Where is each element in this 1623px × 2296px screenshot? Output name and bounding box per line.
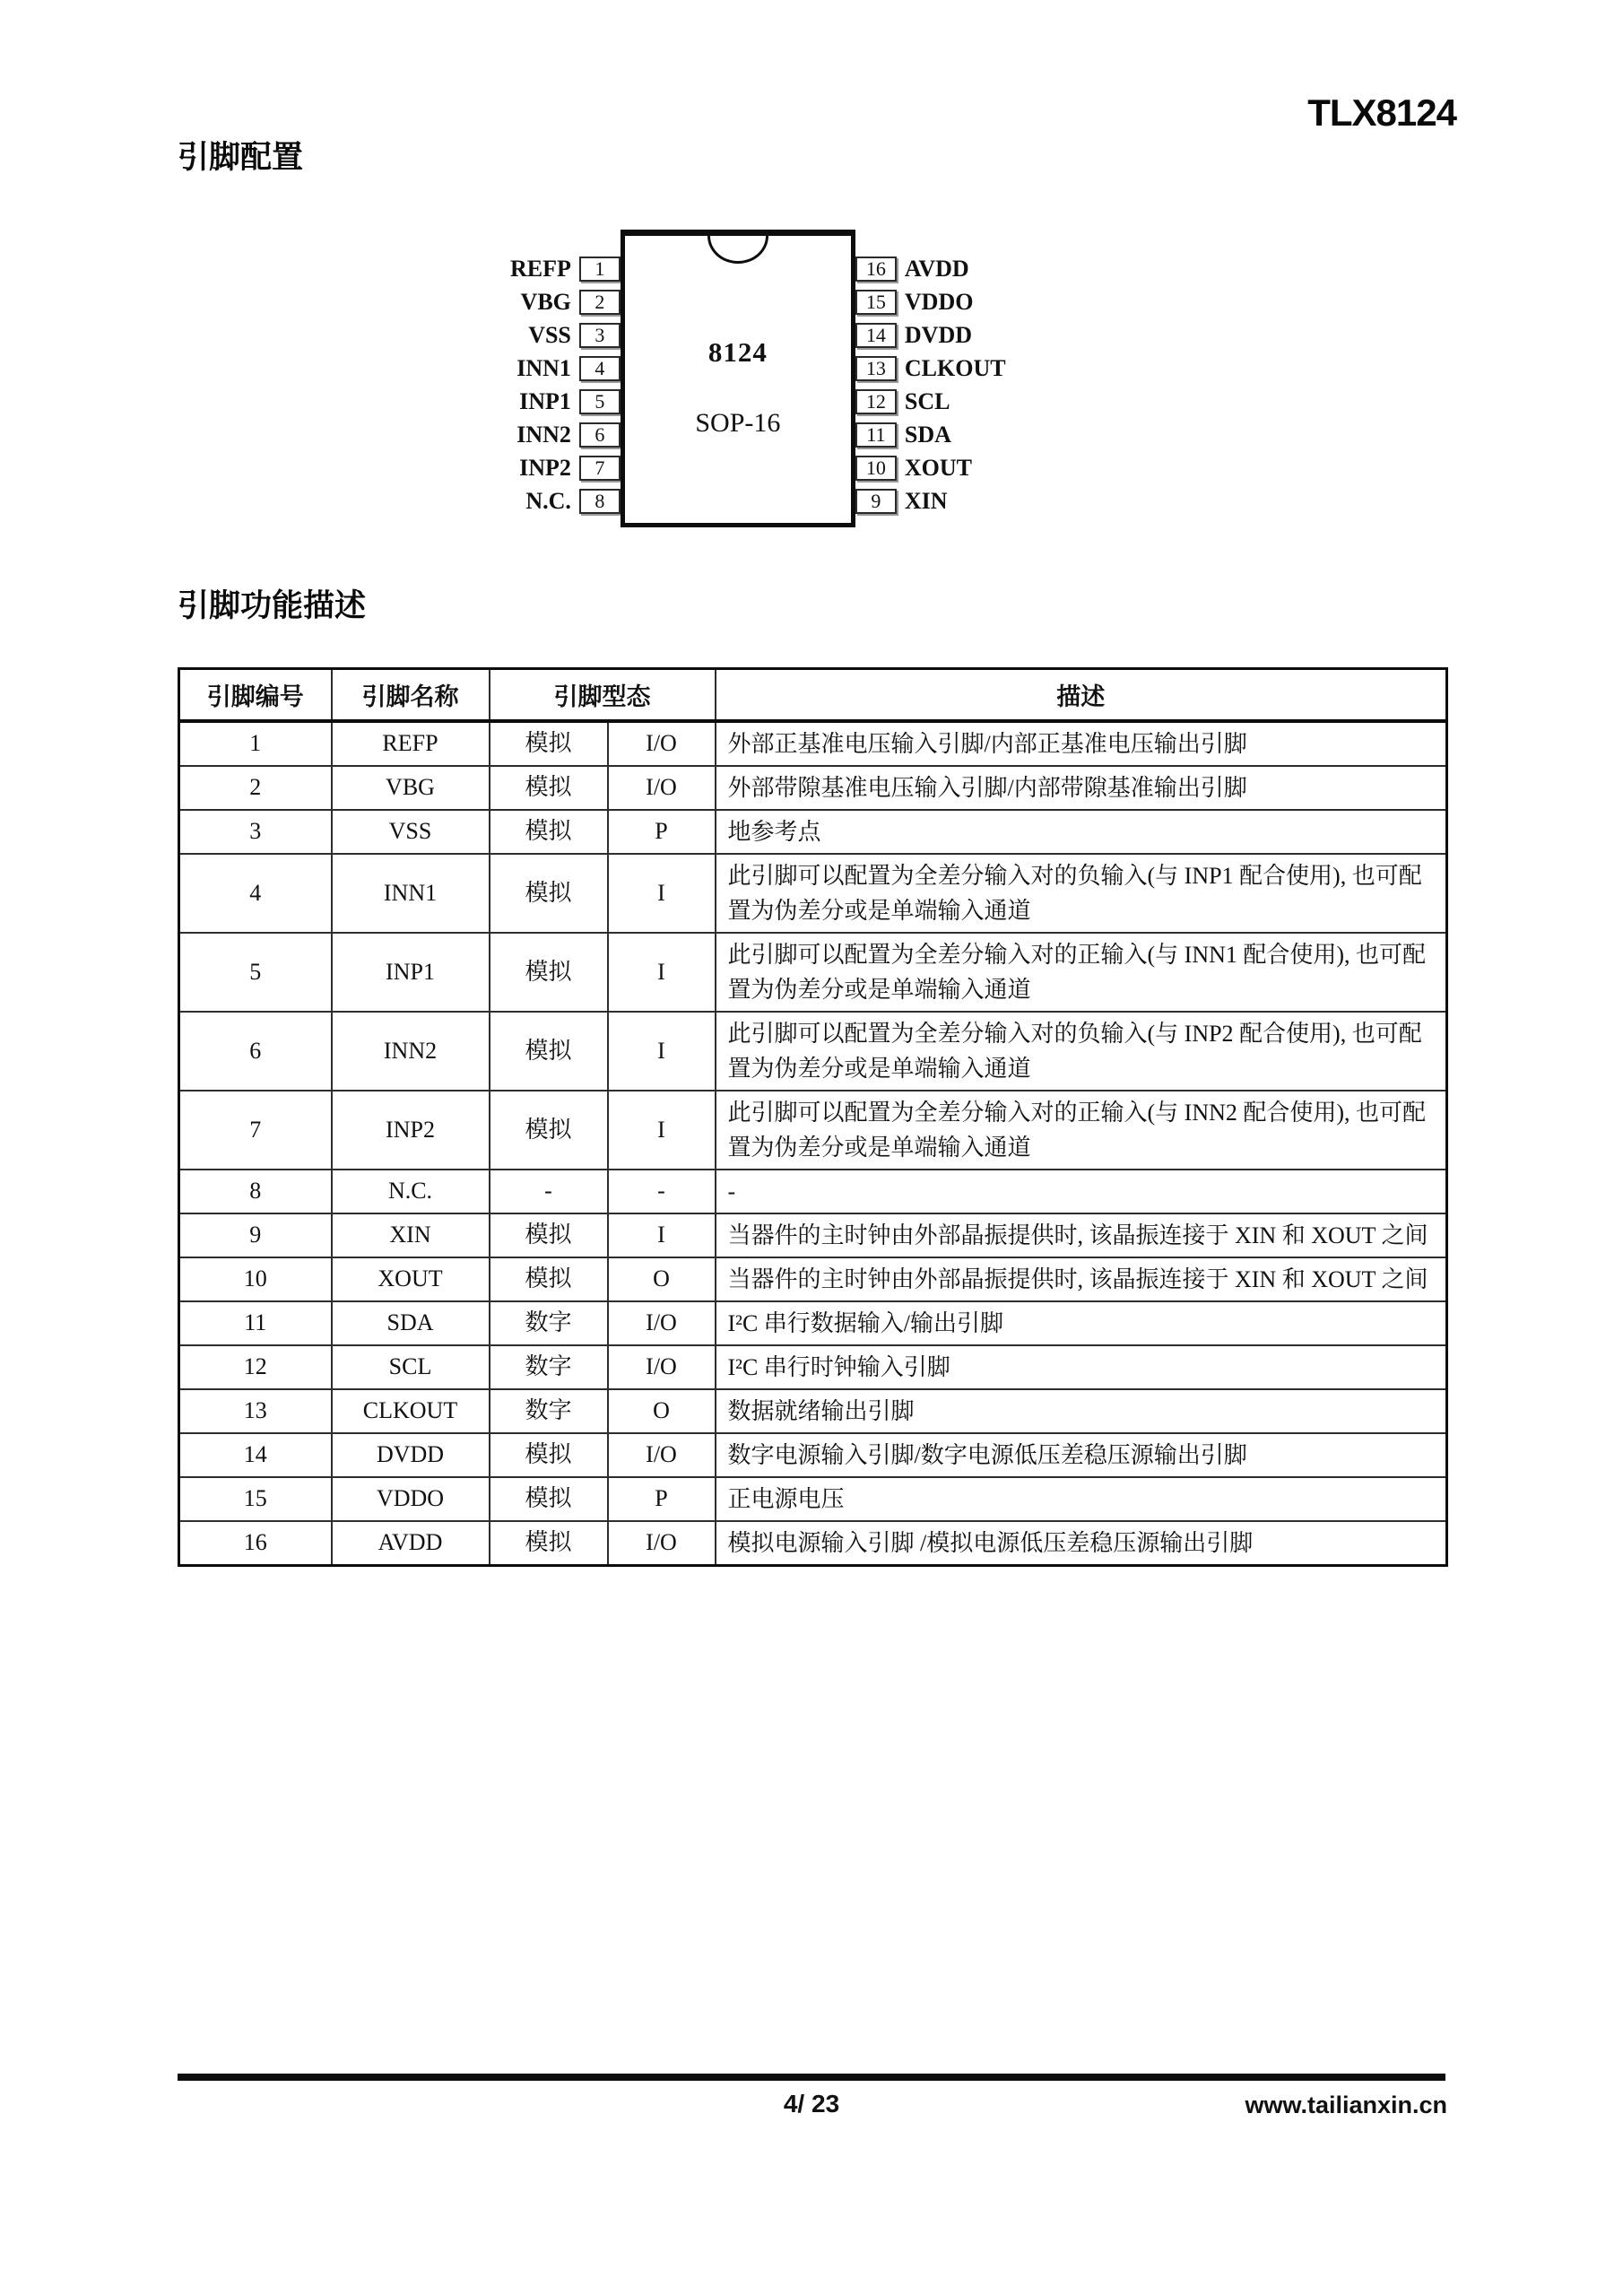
col-header-description: 描述 xyxy=(716,669,1447,722)
cell-pin-number: 9 xyxy=(179,1213,332,1257)
pin-number-box: 15 xyxy=(855,290,897,315)
cell-pin-name: VDDO xyxy=(332,1477,490,1521)
table-row: 4INN1模拟I此引脚可以配置为全差分输入对的负输入(与 INP1 配合使用),… xyxy=(179,854,1447,933)
pin-list-left: REFP1VBG2VSS3INN14INP15INN26INP27N.C.8 xyxy=(502,230,621,517)
cell-pin-type-signal: 模拟 xyxy=(490,1012,608,1091)
cell-description: 此引脚可以配置为全差分输入对的正输入(与 INN1 配合使用), 也可配置为伪差… xyxy=(716,933,1447,1012)
chip-body: 8124 SOP-16 xyxy=(621,230,855,527)
pin-label: INP2 xyxy=(511,455,579,482)
pin-number-box: 2 xyxy=(579,290,621,315)
cell-description: 此引脚可以配置为全差分输入对的负输入(与 INP2 配合使用), 也可配置为伪差… xyxy=(716,1012,1447,1091)
pin-label: INP1 xyxy=(511,388,579,415)
table-row: 16AVDD模拟I/O模拟电源输入引脚 /模拟电源低压差稳压源输出引脚 xyxy=(179,1521,1447,1566)
cell-description: 模拟电源输入引脚 /模拟电源低压差稳压源输出引脚 xyxy=(716,1521,1447,1566)
cell-pin-type-signal: 模拟 xyxy=(490,766,608,810)
table-row: 5INP1模拟I此引脚可以配置为全差分输入对的正输入(与 INN1 配合使用),… xyxy=(179,933,1447,1012)
pin-row-left: INN14 xyxy=(502,352,621,385)
pin-number-box: 1 xyxy=(579,257,621,282)
table-row: 10XOUT模拟O当器件的主时钟由外部晶振提供时, 该晶振连接于 XIN 和 X… xyxy=(179,1257,1447,1301)
cell-pin-name: INN2 xyxy=(332,1012,490,1091)
pin-row-left: INP27 xyxy=(502,451,621,484)
pin-list-right: 16AVDD15VDDO14DVDD13CLKOUT12SCL11SDA10XO… xyxy=(855,230,1014,517)
cell-pin-type-signal: 模拟 xyxy=(490,1213,608,1257)
cell-pin-number: 4 xyxy=(179,854,332,933)
pin-number-box: 11 xyxy=(855,422,897,448)
col-header-pin-name: 引脚名称 xyxy=(332,669,490,722)
cell-pin-number: 14 xyxy=(179,1433,332,1477)
cell-description: 数字电源输入引脚/数字电源低压差稳压源输出引脚 xyxy=(716,1433,1447,1477)
cell-pin-number: 2 xyxy=(179,766,332,810)
cell-pin-name: INP1 xyxy=(332,933,490,1012)
pin-label: VBG xyxy=(513,289,579,316)
cell-description: I²C 串行数据输入/输出引脚 xyxy=(716,1301,1447,1345)
cell-description: 外部正基准电压输入引脚/内部正基准电压输出引脚 xyxy=(716,721,1447,766)
pin-number-box: 14 xyxy=(855,323,897,348)
cell-pin-name: REFP xyxy=(332,721,490,766)
table-row: 13CLKOUT数字O数据就绪输出引脚 xyxy=(179,1389,1447,1433)
cell-pin-type-signal: 数字 xyxy=(490,1389,608,1433)
cell-description: 外部带隙基准电压输入引脚/内部带隙基准输出引脚 xyxy=(716,766,1447,810)
cell-pin-number: 1 xyxy=(179,721,332,766)
table-row: 3VSS模拟P地参考点 xyxy=(179,810,1447,854)
cell-pin-name: XIN xyxy=(332,1213,490,1257)
cell-pin-number: 15 xyxy=(179,1477,332,1521)
cell-pin-name: AVDD xyxy=(332,1521,490,1566)
pin-row-right: 14DVDD xyxy=(855,318,1014,352)
cell-pin-type-direction: I xyxy=(608,854,716,933)
cell-description: 地参考点 xyxy=(716,810,1447,854)
table-row: 1REFP模拟I/O外部正基准电压输入引脚/内部正基准电压输出引脚 xyxy=(179,721,1447,766)
cell-pin-number: 7 xyxy=(179,1091,332,1170)
pin-row-left: N.C.8 xyxy=(502,484,621,517)
pin-number-box: 6 xyxy=(579,422,621,448)
cell-pin-name: VBG xyxy=(332,766,490,810)
table-row: 14DVDD模拟I/O数字电源输入引脚/数字电源低压差稳压源输出引脚 xyxy=(179,1433,1447,1477)
cell-pin-type-direction: I xyxy=(608,1012,716,1091)
cell-description: 当器件的主时钟由外部晶振提供时, 该晶振连接于 XIN 和 XOUT 之间 xyxy=(716,1257,1447,1301)
pin-number-box: 4 xyxy=(579,356,621,381)
pin-number-box: 13 xyxy=(855,356,897,381)
col-header-pin-number: 引脚编号 xyxy=(179,669,332,722)
pin-number-box: 3 xyxy=(579,323,621,348)
cell-pin-type-direction: O xyxy=(608,1389,716,1433)
table-row: 15VDDO模拟P正电源电压 xyxy=(179,1477,1447,1521)
cell-pin-type-direction: I xyxy=(608,933,716,1012)
pin-label: SCL xyxy=(897,388,959,415)
pin-number-box: 16 xyxy=(855,257,897,282)
pin-label: XIN xyxy=(897,488,956,515)
cell-description: 此引脚可以配置为全差分输入对的正输入(与 INN2 配合使用), 也可配置为伪差… xyxy=(716,1091,1447,1170)
cell-pin-number: 3 xyxy=(179,810,332,854)
pin-number-box: 10 xyxy=(855,456,897,481)
pin-number-box: 12 xyxy=(855,389,897,414)
cell-pin-number: 10 xyxy=(179,1257,332,1301)
pin-label: DVDD xyxy=(897,322,980,349)
pin-function-table: 引脚编号 引脚名称 引脚型态 描述 1REFP模拟I/O外部正基准电压输入引脚/… xyxy=(178,667,1448,1567)
pin-number-box: 9 xyxy=(855,489,897,514)
cell-pin-name: DVDD xyxy=(332,1433,490,1477)
cell-pin-type-signal: 模拟 xyxy=(490,933,608,1012)
datasheet-page: TLX8124 引脚配置 REFP1VBG2VSS3INN14INP15INN2… xyxy=(0,0,1623,2296)
pin-row-right: 12SCL xyxy=(855,385,1014,418)
cell-description: - xyxy=(716,1170,1447,1213)
pin-label: XOUT xyxy=(897,455,980,482)
cell-pin-type-signal: 模拟 xyxy=(490,1477,608,1521)
pin-row-left: INP15 xyxy=(502,385,621,418)
pin-label: INN2 xyxy=(508,422,579,448)
pin-row-left: INN26 xyxy=(502,418,621,451)
chip-notch-icon xyxy=(707,236,768,264)
cell-pin-type-signal: 模拟 xyxy=(490,1091,608,1170)
cell-pin-type-direction: I/O xyxy=(608,1301,716,1345)
table-row: 8N.C.--- xyxy=(179,1170,1447,1213)
cell-pin-type-signal: 模拟 xyxy=(490,1521,608,1566)
pin-number-box: 8 xyxy=(579,489,621,514)
cell-pin-type-direction: O xyxy=(608,1257,716,1301)
pin-row-left: VSS3 xyxy=(502,318,621,352)
pin-label: INN1 xyxy=(508,355,579,382)
cell-pin-type-signal: 模拟 xyxy=(490,810,608,854)
cell-pin-type-direction: I xyxy=(608,1091,716,1170)
cell-pin-name: INN1 xyxy=(332,854,490,933)
pin-row-left: REFP1 xyxy=(502,252,621,285)
cell-pin-number: 5 xyxy=(179,933,332,1012)
pin-row-right: 16AVDD xyxy=(855,252,1014,285)
table-row: 2VBG模拟I/O外部带隙基准电压输入引脚/内部带隙基准输出引脚 xyxy=(179,766,1447,810)
table-row: 12SCL数字I/OI²C 串行时钟输入引脚 xyxy=(179,1345,1447,1389)
cell-pin-type-direction: P xyxy=(608,810,716,854)
cell-pin-number: 6 xyxy=(179,1012,332,1091)
pin-label: VSS xyxy=(520,322,579,349)
pin-number-box: 7 xyxy=(579,456,621,481)
cell-pin-type-signal: 模拟 xyxy=(490,721,608,766)
cell-pin-name: SCL xyxy=(332,1345,490,1389)
cell-description: 数据就绪输出引脚 xyxy=(716,1389,1447,1433)
table-row: 9XIN模拟I当器件的主时钟由外部晶振提供时, 该晶振连接于 XIN 和 XOU… xyxy=(179,1213,1447,1257)
pin-row-right: 11SDA xyxy=(855,418,1014,451)
col-header-pin-type: 引脚型态 xyxy=(490,669,716,722)
cell-pin-name: N.C. xyxy=(332,1170,490,1213)
footer-rule xyxy=(178,2074,1445,2081)
footer-website: www.tailianxin.cn xyxy=(1245,2092,1447,2119)
cell-description: 正电源电压 xyxy=(716,1477,1447,1521)
cell-pin-type-direction: - xyxy=(608,1170,716,1213)
pin-label: VDDO xyxy=(897,289,982,316)
table-header-row: 引脚编号 引脚名称 引脚型态 描述 xyxy=(179,669,1447,722)
cell-pin-type-signal: 数字 xyxy=(490,1301,608,1345)
cell-description: 此引脚可以配置为全差分输入对的负输入(与 INP1 配合使用), 也可配置为伪差… xyxy=(716,854,1447,933)
cell-pin-type-signal: 模拟 xyxy=(490,1433,608,1477)
pin-row-right: 13CLKOUT xyxy=(855,352,1014,385)
cell-pin-name: VSS xyxy=(332,810,490,854)
cell-pin-type-signal: - xyxy=(490,1170,608,1213)
cell-description: 当器件的主时钟由外部晶振提供时, 该晶振连接于 XIN 和 XOUT 之间 xyxy=(716,1213,1447,1257)
cell-pin-type-direction: I/O xyxy=(608,1433,716,1477)
section-heading-pin-desc: 引脚功能描述 xyxy=(178,581,366,626)
cell-pin-type-direction: I/O xyxy=(608,1345,716,1389)
pin-row-right: 15VDDO xyxy=(855,285,1014,318)
pin-row-right: 9XIN xyxy=(855,484,1014,517)
table-row: 6INN2模拟I此引脚可以配置为全差分输入对的负输入(与 INP2 配合使用),… xyxy=(179,1012,1447,1091)
pin-label: CLKOUT xyxy=(897,355,1014,382)
cell-pin-type-direction: I/O xyxy=(608,1521,716,1566)
cell-pin-number: 12 xyxy=(179,1345,332,1389)
cell-pin-name: SDA xyxy=(332,1301,490,1345)
pin-label: N.C. xyxy=(517,488,579,515)
cell-pin-type-direction: I/O xyxy=(608,766,716,810)
section-heading-pin-config: 引脚配置 xyxy=(178,133,303,178)
cell-pin-name: XOUT xyxy=(332,1257,490,1301)
chip-package: SOP-16 xyxy=(625,408,851,439)
table-row: 7INP2模拟I此引脚可以配置为全差分输入对的正输入(与 INN2 配合使用),… xyxy=(179,1091,1447,1170)
pin-label: SDA xyxy=(897,422,959,448)
table-row: 11SDA数字I/OI²C 串行数据输入/输出引脚 xyxy=(179,1301,1447,1345)
cell-pin-number: 13 xyxy=(179,1389,332,1433)
cell-pin-name: CLKOUT xyxy=(332,1389,490,1433)
cell-pin-type-direction: I xyxy=(608,1213,716,1257)
cell-pin-type-direction: I/O xyxy=(608,721,716,766)
pin-diagram: REFP1VBG2VSS3INN14INP15INN26INP27N.C.8 8… xyxy=(502,230,1014,527)
cell-pin-type-signal: 数字 xyxy=(490,1345,608,1389)
cell-description: I²C 串行时钟输入引脚 xyxy=(716,1345,1447,1389)
cell-pin-number: 8 xyxy=(179,1170,332,1213)
cell-pin-type-direction: P xyxy=(608,1477,716,1521)
chip-name: 8124 xyxy=(625,336,851,369)
cell-pin-type-signal: 模拟 xyxy=(490,1257,608,1301)
doc-title: TLX8124 xyxy=(1307,91,1456,135)
pin-row-right: 10XOUT xyxy=(855,451,1014,484)
cell-pin-type-signal: 模拟 xyxy=(490,854,608,933)
pin-row-left: VBG2 xyxy=(502,285,621,318)
cell-pin-name: INP2 xyxy=(332,1091,490,1170)
pin-label: AVDD xyxy=(897,256,977,283)
pin-number-box: 5 xyxy=(579,389,621,414)
cell-pin-number: 16 xyxy=(179,1521,332,1566)
pin-label: REFP xyxy=(502,256,579,283)
cell-pin-number: 11 xyxy=(179,1301,332,1345)
